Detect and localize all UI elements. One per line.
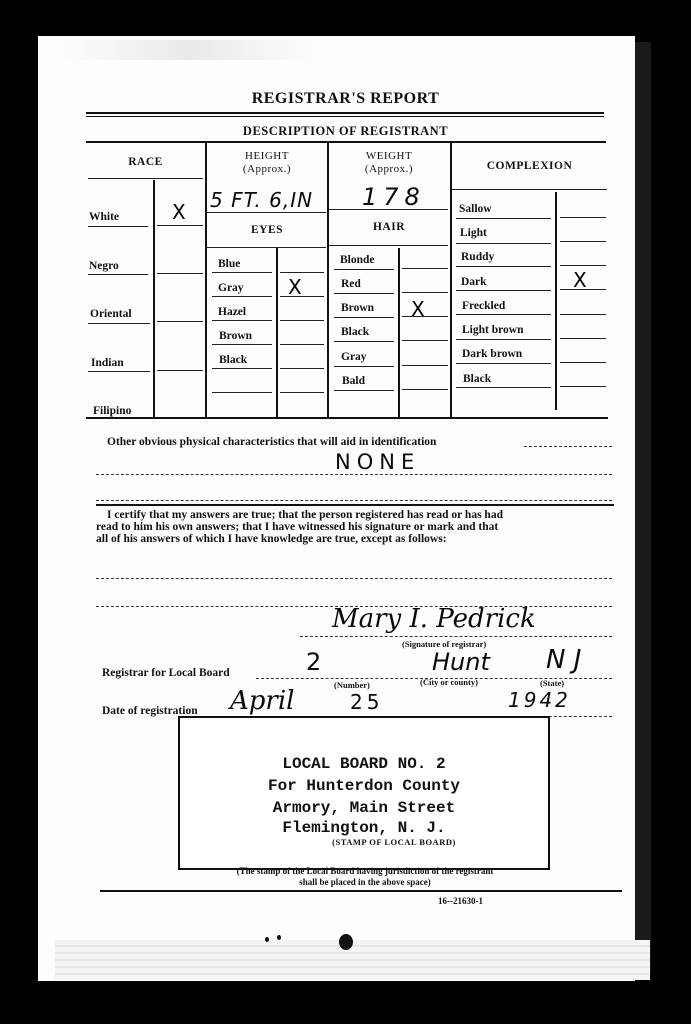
rule	[334, 269, 394, 270]
eyes-header: EYES	[207, 224, 327, 236]
hair-option-blonde: Blonde	[340, 254, 375, 266]
local-board-label: Registrar for Local Board	[102, 667, 230, 679]
rule	[334, 317, 394, 318]
rule	[88, 323, 150, 324]
certification-line-1: I certify that my answers are true; that…	[107, 509, 503, 521]
rule	[456, 339, 551, 340]
document-title: REGISTRAR'S REPORT	[0, 90, 691, 108]
divider	[555, 192, 557, 410]
stamp-note-line-2: shall be placed in the above space)	[160, 877, 570, 888]
rule	[280, 320, 324, 321]
divider	[205, 143, 207, 418]
dotted-line	[96, 500, 612, 501]
ink-blot	[277, 935, 281, 940]
date-year[interactable]: 1942	[508, 688, 571, 712]
rule	[212, 320, 272, 321]
rule	[456, 363, 551, 364]
page-stack-edge	[55, 940, 650, 980]
eyes-option-brown: Brown	[219, 330, 252, 342]
rule	[207, 212, 326, 213]
hair-checkbox-brown[interactable]: X	[411, 297, 425, 321]
rule	[560, 386, 606, 387]
rule	[280, 296, 324, 297]
rule	[560, 265, 606, 266]
rule	[560, 314, 606, 315]
divider	[276, 248, 278, 418]
rule	[334, 390, 394, 391]
race-header: RACE	[88, 156, 203, 168]
rule	[402, 365, 448, 366]
rule	[280, 344, 324, 345]
title-rule-thin	[86, 116, 604, 117]
race-option-white: White	[89, 211, 119, 223]
rule	[212, 344, 272, 345]
race-option-filipino: Filipino	[93, 405, 131, 417]
state-caption: (State)	[540, 678, 564, 688]
dotted-line	[96, 578, 612, 579]
hair-option-red: Red	[341, 278, 361, 290]
rule	[560, 362, 606, 363]
rule	[402, 292, 448, 293]
divider	[398, 248, 400, 418]
hair-header: HAIR	[329, 221, 449, 233]
complexion-option-freckled: Freckled	[462, 300, 505, 312]
rule	[88, 274, 148, 275]
eyes-option-gray: Gray	[218, 282, 244, 294]
section-rule	[96, 504, 614, 506]
complexion-option-black: Black	[463, 373, 491, 385]
complexion-option-light: Light	[460, 227, 487, 239]
rule	[212, 272, 272, 273]
rule	[560, 289, 606, 290]
rule	[88, 226, 148, 227]
complexion-option-light-brown: Light brown	[462, 324, 523, 336]
rule	[88, 178, 203, 179]
race-option-oriental: Oriental	[90, 308, 132, 320]
height-value: 5 FT. 6,IN	[210, 188, 313, 212]
rule	[334, 293, 394, 294]
section-subtitle: DESCRIPTION OF REGISTRANT	[0, 124, 691, 139]
certification-line-2: read to him his own answers; that I have…	[96, 521, 498, 533]
characteristics-label: Other obvious physical characteristics t…	[107, 436, 436, 448]
rule	[402, 268, 448, 269]
rule	[212, 368, 272, 369]
stamp-line-3: Armory, Main Street	[180, 797, 548, 819]
city-caption: (City or county)	[420, 677, 478, 687]
rule	[88, 371, 150, 372]
paper-shading	[60, 40, 320, 60]
dotted-line	[524, 446, 612, 447]
date-month[interactable]: April	[230, 686, 294, 716]
local-board-city[interactable]: Hunt	[432, 648, 490, 676]
stamp-line-1: LOCAL BOARD NO. 2	[180, 753, 548, 775]
rule	[334, 366, 394, 367]
table-bottom-rule	[86, 417, 608, 419]
height-header: HEIGHT	[207, 150, 327, 162]
local-board-number[interactable]: 2	[306, 648, 321, 676]
rule	[456, 290, 551, 291]
ink-blot	[339, 934, 353, 950]
title-rule	[86, 112, 604, 114]
complexion-option-ruddy: Ruddy	[461, 251, 494, 263]
certification-line-3: all of his answers of which I have knowl…	[96, 533, 447, 545]
rule	[157, 370, 203, 371]
eyes-option-blue: Blue	[218, 258, 240, 270]
subtitle-rule	[86, 141, 606, 143]
rule	[456, 387, 551, 388]
registrar-signature[interactable]: Mary I. Pedrick	[332, 604, 536, 634]
rule	[157, 273, 203, 274]
rule	[212, 296, 272, 297]
weight-header: WEIGHT	[329, 150, 449, 162]
stamp-note-line-1: (The stamp of the Local Board having jur…	[160, 866, 570, 877]
weight-subheader: (Approx.)	[329, 163, 449, 175]
rule	[560, 217, 606, 218]
rule	[280, 392, 324, 393]
stamp-line-2: For Hunterdon County	[180, 775, 548, 797]
divider	[450, 143, 452, 418]
dotted-line	[96, 474, 612, 475]
divider	[327, 143, 329, 418]
rule	[452, 189, 607, 190]
rule	[560, 338, 606, 339]
ink-blot	[265, 937, 269, 942]
rule	[157, 321, 203, 322]
rule	[456, 243, 551, 244]
rule	[280, 272, 324, 273]
rule	[329, 209, 448, 210]
race-option-negro: Negro	[89, 260, 119, 272]
date-day[interactable]: 25	[350, 690, 383, 714]
rule	[456, 266, 551, 267]
rule	[456, 314, 551, 315]
dotted-line	[300, 636, 612, 637]
hair-option-gray: Gray	[341, 351, 367, 363]
rule	[456, 218, 551, 219]
rule	[212, 392, 272, 393]
hair-option-black: Black	[341, 326, 369, 338]
divider	[153, 180, 155, 418]
local-board-state[interactable]: N J	[546, 645, 581, 675]
height-subheader: (Approx.)	[207, 163, 327, 175]
race-option-indian: Indian	[91, 357, 124, 369]
race-checkbox-white[interactable]: X	[172, 200, 186, 224]
rule	[560, 241, 606, 242]
complexion-option-sallow: Sallow	[459, 203, 492, 215]
local-board-stamp-box: LOCAL BOARD NO. 2 For Hunterdon County A…	[178, 716, 550, 870]
eyes-option-hazel: Hazel	[218, 306, 246, 318]
number-caption: (Number)	[334, 680, 370, 690]
hair-option-brown: Brown	[341, 302, 374, 314]
stamp-caption: (STAMP OF LOCAL BOARD)	[240, 837, 548, 847]
footer-rule	[100, 890, 622, 892]
eyes-option-black: Black	[219, 354, 247, 366]
rule	[280, 368, 324, 369]
rule	[334, 341, 394, 342]
complexion-option-dark: Dark	[461, 276, 487, 288]
form-number: 16--21630-1	[438, 896, 483, 906]
rule	[207, 247, 326, 248]
rule	[329, 245, 448, 246]
rule	[402, 340, 448, 341]
weight-value: 178	[362, 183, 426, 211]
hair-option-bald: Bald	[342, 375, 365, 387]
rule	[157, 225, 203, 226]
complexion-option-dark-brown: Dark brown	[462, 348, 522, 360]
stamp-line-4: Flemington, N. J.	[180, 819, 548, 837]
characteristics-value[interactable]: NONE	[335, 450, 420, 474]
rule	[402, 389, 448, 390]
rule	[402, 316, 448, 317]
complexion-header: COMPLEXION	[452, 160, 607, 172]
